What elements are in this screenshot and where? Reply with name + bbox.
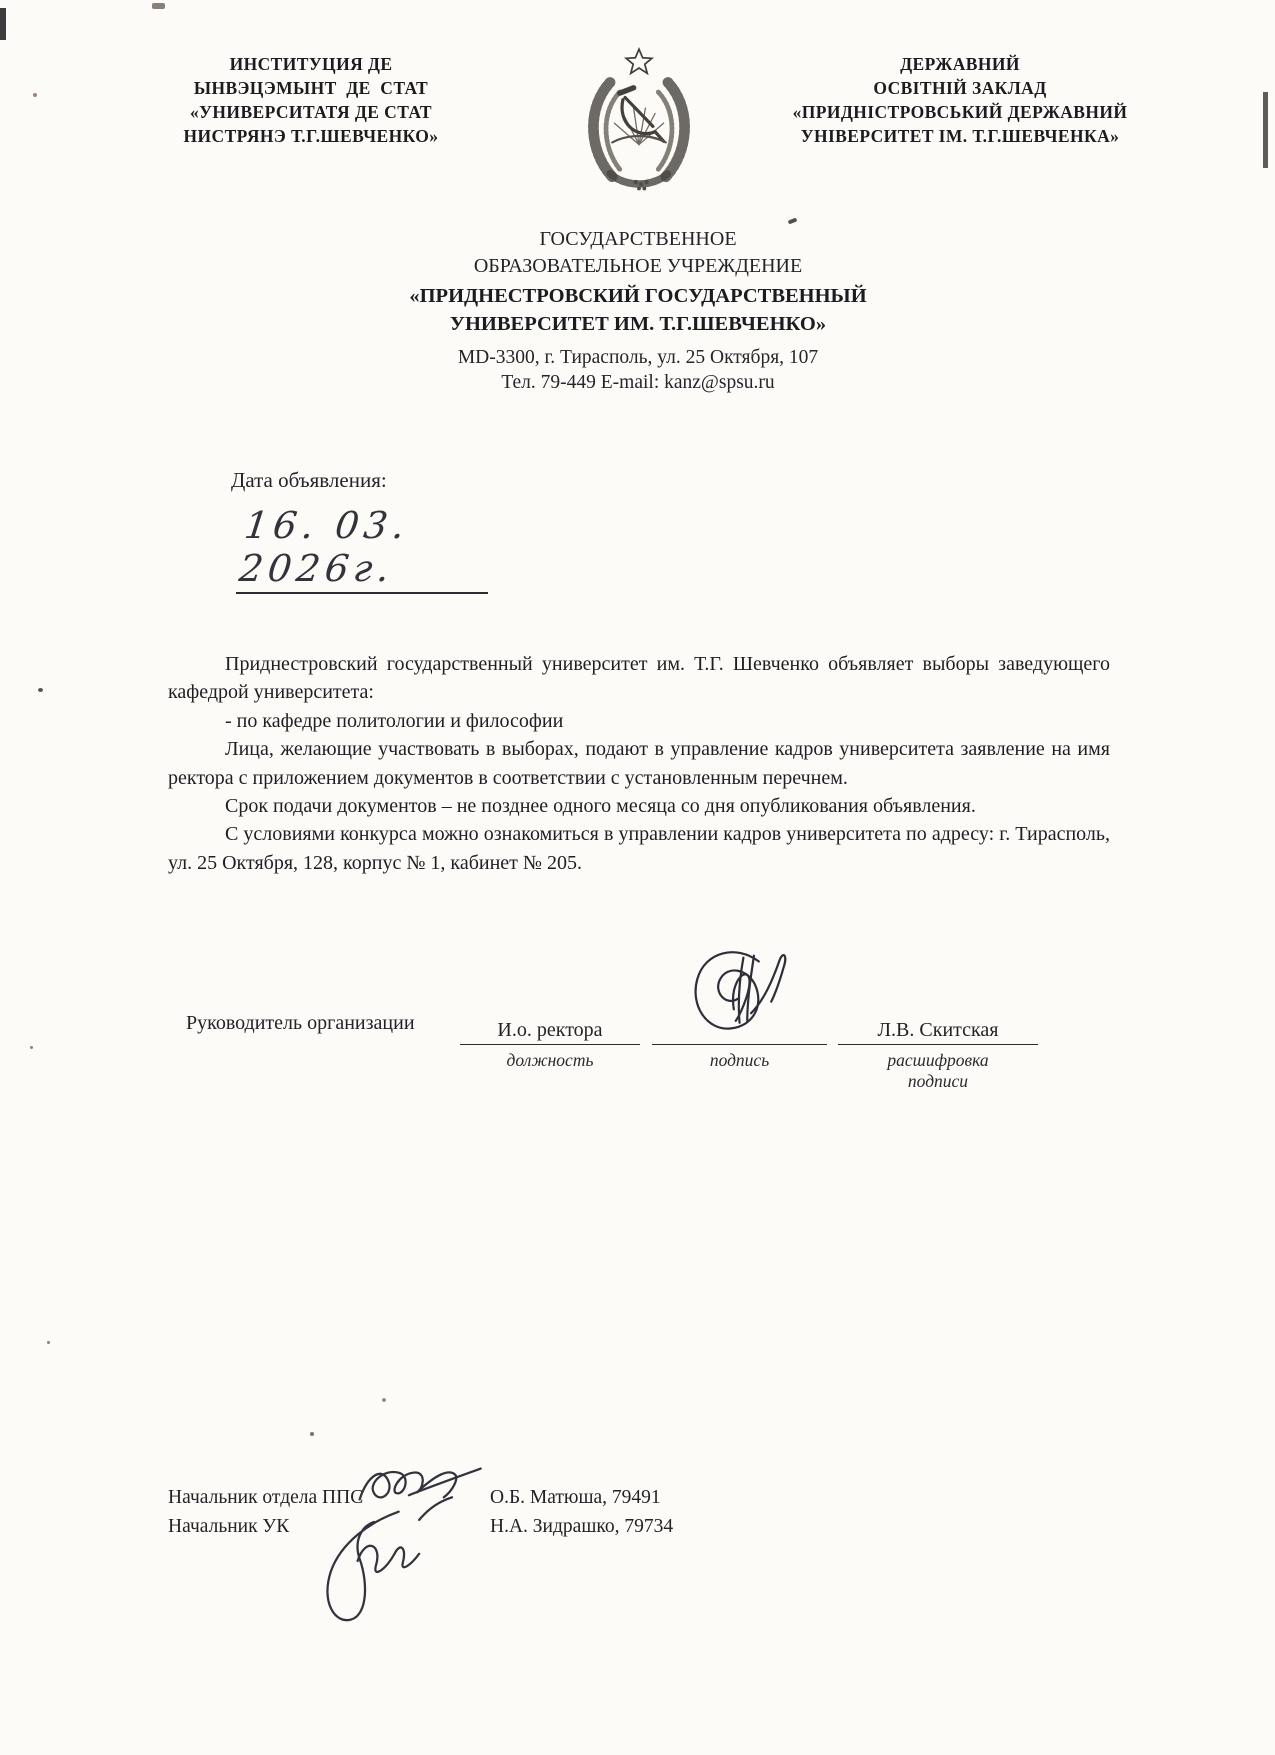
footer-signatures-icon: [296, 1446, 491, 1641]
footer-row: Начальник УК Н.А. Зидрашко, 79734: [168, 1512, 928, 1541]
position-value: И.о. ректора: [460, 1004, 640, 1044]
scan-artifact: [382, 1398, 386, 1402]
date-field: 16. 03. 2026г.: [236, 528, 488, 594]
body-paragraph: - по кафедре политологии и философии: [168, 707, 1110, 735]
org-contacts: Тел. 79-449 E-mail: kanz@spsu.ru: [288, 370, 988, 395]
position-field: И.о. ректора: [460, 1004, 640, 1045]
scan-artifact: [788, 217, 798, 224]
org-name-lines: «ПРИДНЕСТРОВСКИЙ ГОСУДАРСТВЕННЫЙ УНИВЕРС…: [288, 282, 988, 338]
body-paragraph: Лица, желающие участвовать в выборах, по…: [168, 735, 1110, 792]
scan-artifact: [1263, 92, 1268, 168]
scan-artifact: [30, 1046, 33, 1049]
signature-caption: подпись: [652, 1050, 827, 1071]
scan-artifact: [33, 93, 37, 97]
header-org-right-ukrainian: ДЕРЖАВНИЙ ОСВІТНІЙ ЗАКЛАД «ПРИДНІСТРОВСЬ…: [768, 52, 1152, 148]
header-org-left-moldovan: ИНСТИТУЦИЯ ДЕ ЫНВЭЦЭМЫНТ ДЕ СТАТ «УНИВЕР…: [142, 52, 480, 148]
rector-signature-icon: [684, 946, 799, 1042]
position-caption: должность: [460, 1050, 640, 1071]
scan-artifact: [310, 1432, 314, 1436]
body-paragraph: С условиями конкурса можно ознакомиться …: [168, 820, 1110, 877]
scan-artifact: [152, 3, 165, 9]
handwritten-date: 16. 03. 2026г.: [231, 504, 494, 592]
state-emblem-icon: [578, 46, 700, 196]
org-type-lines: ГОСУДАРСТВЕННОЕ ОБРАЗОВАТЕЛЬНОЕ УЧРЕЖДЕН…: [288, 226, 988, 280]
announcement-body: Приднестровский государственный универси…: [168, 650, 1110, 877]
signatory-name: Л.В. Скитская: [838, 1004, 1038, 1044]
scanned-document-page: ИНСТИТУЦИЯ ДЕ ЫНВЭЦЭМЫНТ ДЕ СТАТ «УНИВЕР…: [0, 0, 1275, 1755]
scan-artifact: [47, 1341, 50, 1344]
scan-artifact: [38, 688, 43, 692]
signature-field: [652, 1004, 827, 1045]
name-field: Л.В. Скитская: [838, 1004, 1038, 1045]
org-block: ГОСУДАРСТВЕННОЕ ОБРАЗОВАТЕЛЬНОЕ УЧРЕЖДЕН…: [288, 226, 988, 395]
org-address: MD-3300, г. Тирасполь, ул. 25 Октября, 1…: [288, 345, 988, 370]
body-paragraph: Приднестровский государственный универси…: [168, 650, 1110, 707]
scan-artifact: [0, 8, 6, 40]
footer-contacts: Начальник отдела ППС О.Б. Матюша, 79491 …: [168, 1483, 928, 1541]
footer-contact: Н.А. Зидрашко, 79734: [490, 1512, 673, 1541]
signatory-role-label: Руководитель организации: [186, 1012, 415, 1035]
footer-row: Начальник отдела ППС О.Б. Матюша, 79491: [168, 1483, 928, 1512]
body-paragraph: Срок подачи документов – не позднее одно…: [168, 792, 1110, 820]
footer-contact: О.Б. Матюша, 79491: [490, 1483, 661, 1512]
date-label: Дата объявления:: [231, 468, 387, 493]
name-caption: расшифровка подписи: [838, 1050, 1038, 1092]
